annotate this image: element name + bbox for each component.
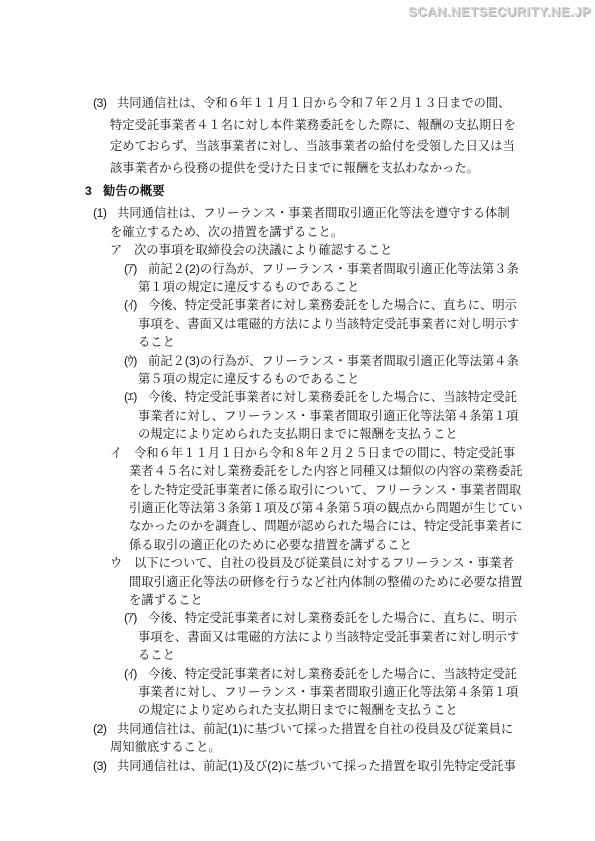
line-text: 周知徹底すること。	[110, 740, 221, 754]
line-text: 引適正化等法第３条第１項及び第４条第５項の観点から問題が生じてい	[129, 501, 523, 515]
line-text: 事業者に対し、フリーランス・事業者間取引適正化等法第４条第１項	[138, 685, 518, 699]
text-line: をした特定受託事業者に係る取引について、フリーランス・事業者間取	[0, 481, 595, 499]
text-line: (3)共同通信社は、前記(1)及び(2)に基づいて採った措置を取引先特定受託事	[0, 757, 595, 775]
line-text: 前記２(3)の行為が、フリーランス・事業者間取引適正化等法第４条	[148, 354, 519, 368]
line-text: 該事業者から役務の提供を受けた日までに報酬を支払わなかった。	[110, 161, 479, 175]
text-line: (ｱ)今後、特定受託事業者に対し業務委託をした場合に、直ちに、明示	[0, 609, 595, 627]
list-marker: (ｲ)	[124, 296, 148, 314]
list-marker: イ	[110, 444, 134, 462]
list-marker: (2)	[93, 720, 117, 738]
text-line: (ｳ)前記２(3)の行為が、フリーランス・事業者間取引適正化等法第４条	[0, 352, 595, 370]
line-text: なかったのかを調査し、問題が認められた場合には、特定受託事業者に	[129, 519, 523, 533]
text-line: 引適正化等法第３条第１項及び第４条第５項の観点から問題が生じてい	[0, 499, 595, 517]
line-text: 第１項の規定に違反するものであること	[138, 280, 359, 294]
line-text: の規定により定められた支払期日までに報酬を支払うこと	[138, 703, 458, 717]
list-marker: ア	[110, 241, 134, 259]
text-line: 特定受託事業者４１名に対し本件業務委託をした際に、報酬の支払期日を	[0, 115, 595, 137]
line-text: 第５項の規定に違反するものであること	[138, 372, 359, 386]
text-line: 第１項の規定に違反するものであること	[0, 278, 595, 296]
text-line: ウ以下について、自社の役員及び従業員に対するフリーランス・事業者	[0, 554, 595, 572]
line-text: 今後、特定受託事業者に対し業務委託をした場合に、直ちに、明示	[148, 298, 517, 312]
text-line: (ｴ)今後、特定受託事業者に対し業務委託をした場合に、当該特定受託	[0, 388, 595, 406]
text-line: を確立するため、次の措置を講ずること。	[0, 223, 595, 241]
watermark: SCAN.NETSECURITY.NE.JP	[408, 4, 591, 19]
line-text: 事業者に対し、フリーランス・事業者間取引適正化等法第４条第１項	[138, 409, 518, 423]
text-line: (2)共同通信社は、前記(1)に基づいて採った措置を自社の役員及び従業員に	[0, 720, 595, 738]
text-line: (ｲ)今後、特定受託事業者に対し業務委託をした場合に、直ちに、明示	[0, 296, 595, 314]
text-line: ること	[0, 333, 595, 351]
text-line: の規定により定められた支払期日までに報酬を支払うこと	[0, 425, 595, 443]
text-line: 係る取引の適正化のために必要な措置を講ずること	[0, 536, 595, 554]
text-line: イ令和６年１１月１日から令和８年２月２５日までの間に、特定受託事	[0, 444, 595, 462]
list-marker: (ｳ)	[124, 352, 148, 370]
list-marker: (3)	[93, 93, 117, 115]
text-line: (ｲ)今後、特定受託事業者に対し業務委託をした場合に、当該特定受託	[0, 665, 595, 683]
line-text: をした特定受託事業者に係る取引について、フリーランス・事業者間取	[129, 483, 521, 497]
list-marker: (ｱ)	[124, 609, 148, 627]
text-line: の規定により定められた支払期日までに報酬を支払うこと	[0, 701, 595, 719]
line-text: 係る取引の適正化のために必要な措置を講ずること	[129, 538, 412, 552]
text-line: (ｱ)前記２(2)の行為が、フリーランス・事業者間取引適正化等法第３条	[0, 260, 595, 278]
text-line: 事項を、書面又は電磁的方法により当該特定受託事業者に対し明示す	[0, 628, 595, 646]
list-marker: (3)	[93, 757, 117, 775]
line-text: を講ずること	[129, 593, 203, 607]
text-line: 間取引適正化等法の研修を行うなど社内体制の整備のために必要な措置	[0, 573, 595, 591]
line-text: ること	[138, 648, 175, 662]
text-line: 事業者に対し、フリーランス・事業者間取引適正化等法第４条第１項	[0, 407, 595, 425]
line-text: 共同通信社は、フリーランス・事業者間取引適正化等法を遵守する体制	[117, 206, 510, 220]
text-line: 事業者に対し、フリーランス・事業者間取引適正化等法第４条第１項	[0, 683, 595, 701]
text-line: ること	[0, 646, 595, 664]
line-text: 今後、特定受託事業者に対し業務委託をした場合に、当該特定受託	[148, 667, 517, 681]
list-marker: (ｱ)	[124, 260, 148, 278]
line-text: 事項を、書面又は電磁的方法により当該特定受託事業者に対し明示す	[138, 630, 519, 644]
line-text: 前記２(2)の行為が、フリーランス・事業者間取引適正化等法第３条	[148, 262, 519, 276]
line-text: 令和６年１１月１日から令和８年２月２５日までの間に、特定受託事	[134, 446, 515, 460]
line-text: 特定受託事業者４１名に対し本件業務委託をした際に、報酬の支払期日を	[110, 118, 516, 132]
text-line: 定めておらず、当該事業者に対し、当該事業者の給付を受領した日又は当	[0, 136, 595, 158]
list-marker: (ｴ)	[124, 388, 148, 406]
line-text: 今後、特定受託事業者に対し業務委託をした場合に、直ちに、明示	[148, 611, 517, 625]
line-text: を確立するため、次の措置を講ずること。	[110, 225, 343, 239]
line-text: 間取引適正化等法の研修を行うなど社内体制の整備のために必要な措置	[129, 575, 523, 589]
text-line: 第５項の規定に違反するものであること	[0, 370, 595, 388]
text-line: (3)共同通信社は、令和６年１１月１日から令和７年２月１３日までの間、	[0, 93, 595, 115]
text-line: 周知徹底すること。	[0, 738, 595, 756]
line-text: 事項を、書面又は電磁的方法により当該特定受託事業者に対し明示す	[138, 317, 519, 331]
text-line: を講ずること	[0, 591, 595, 609]
text-line: 業者４５名に対し業務委託をした内容と同種又は類似の内容の業務委託	[0, 462, 595, 480]
line-text: 今後、特定受託事業者に対し業務委託をした場合に、当該特定受託	[148, 390, 517, 404]
list-marker: ウ	[110, 554, 134, 572]
document-page: SCAN.NETSECURITY.NE.JP (3)共同通信社は、令和６年１１月…	[0, 0, 595, 841]
line-text: 共同通信社は、令和６年１１月１日から令和７年２月１３日までの間、	[117, 96, 511, 110]
line-text: 勧告の概要	[103, 184, 165, 198]
line-text: ること	[138, 335, 175, 349]
line-text: 次の事項を取締役会の決議により確認すること	[134, 243, 392, 257]
text-line: なかったのかを調査し、問題が認められた場合には、特定受託事業者に	[0, 517, 595, 535]
list-marker: (ｲ)	[124, 665, 148, 683]
document-lines: (3)共同通信社は、令和６年１１月１日から令和７年２月１３日までの間、特定受託事…	[0, 93, 595, 775]
list-marker: 3	[85, 182, 103, 200]
line-text: 共同通信社は、前記(1)に基づいて採った措置を自社の役員及び従業員に	[117, 722, 513, 736]
line-text: 定めておらず、当該事業者に対し、当該事業者の給付を受領した日又は当	[110, 139, 515, 153]
section-heading: 3勧告の概要	[0, 182, 595, 200]
text-line: (1)共同通信社は、フリーランス・事業者間取引適正化等法を遵守する体制	[0, 204, 595, 222]
text-line: 事項を、書面又は電磁的方法により当該特定受託事業者に対し明示す	[0, 315, 595, 333]
line-text: 業者４５名に対し業務委託をした内容と同種又は類似の内容の業務委託	[129, 464, 523, 478]
line-text: 以下について、自社の役員及び従業員に対するフリーランス・事業者	[134, 556, 514, 570]
line-text: 共同通信社は、前記(1)及び(2)に基づいて採った措置を取引先特定受託事	[117, 759, 516, 773]
text-line: 該事業者から役務の提供を受けた日までに報酬を支払わなかった。	[0, 158, 595, 180]
list-marker: (1)	[93, 204, 117, 222]
line-text: の規定により定められた支払期日までに報酬を支払うこと	[138, 427, 458, 441]
text-line: ア次の事項を取締役会の決議により確認すること	[0, 241, 595, 259]
